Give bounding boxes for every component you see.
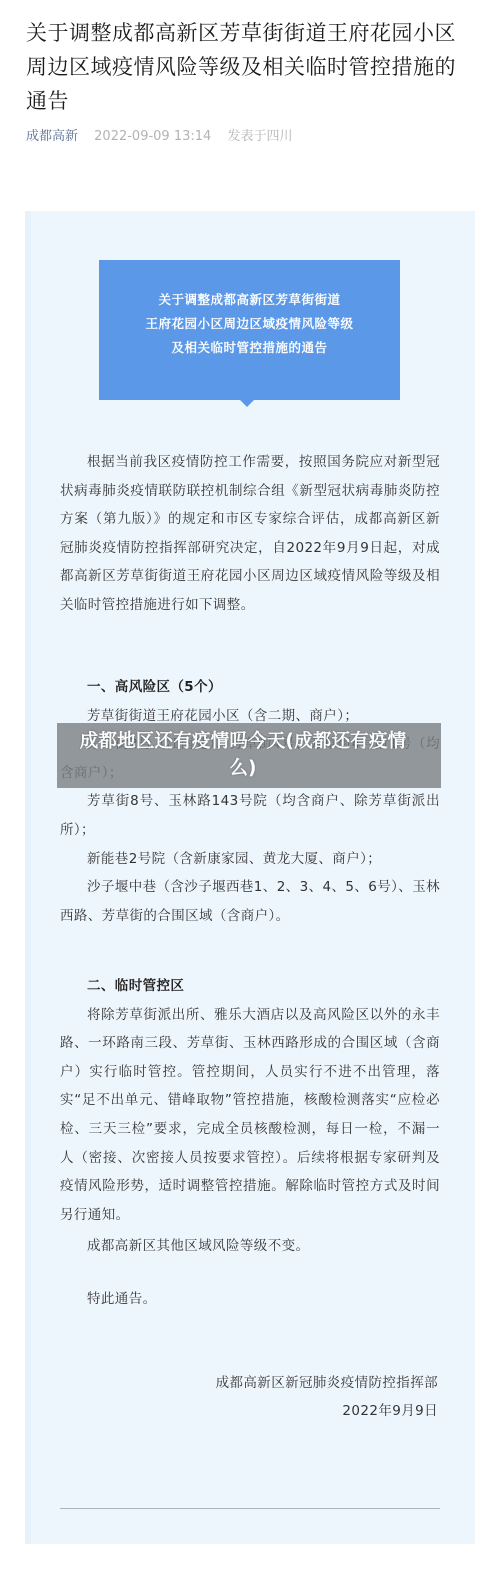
banner-line: 及相关临时管控措施的通告 [99, 336, 400, 360]
section-high-risk: 一、高风险区（5个） 芳草街街道王府花园小区（含二期、商户）； 芳草街2号（江南… [60, 673, 440, 930]
caption-overlay: 成都地区还有疫情吗今天(成都还有疫情么) [57, 723, 441, 788]
source-account-link[interactable]: 成都高新 [26, 129, 78, 144]
intro-paragraph: 根据当前我区疫情防控工作需要，按照国务院应对新型冠状病毒肺炎疫情联防联控机制综合… [60, 448, 440, 620]
list-item: 新能巷2号院（含新康家园、黄龙大厦、商户）； [60, 845, 440, 874]
section-paragraph: 将除芳草街派出所、雅乐大酒店以及高风险区以外的永丰路、一环路南三段、芳草街、玉林… [60, 1001, 440, 1230]
publish-datetime: 2022-09-09 13:14 [94, 129, 211, 144]
footer-divider [60, 1508, 440, 1509]
list-item: 沙子堰中巷（含沙子堰西巷1、2、3、4、5、6号）、玉林西路、芳草街的合围区域（… [60, 873, 440, 930]
banner-line: 关于调整成都高新区芳草街街道 [99, 288, 400, 312]
notice-intro: 根据当前我区疫情防控工作需要，按照国务院应对新型冠状病毒肺炎疫情联防联控机制综合… [60, 448, 440, 620]
publish-location: 发表于四川 [227, 129, 292, 144]
section-temporary-control: 二、临时管控区 将除芳草街派出所、雅乐大酒店以及高风险区以外的永丰路、一环路南三… [60, 972, 440, 1229]
banner-pointer-icon [240, 400, 254, 407]
signature-date: 2022年9月9日 [216, 1397, 438, 1425]
signature-org: 成都高新区新冠肺炎疫情防控指挥部 [216, 1369, 438, 1397]
closing-paragraph: 特此通告。 [60, 1285, 440, 1314]
note-paragraph: 成都高新区其他区域风险等级不变。 [60, 1232, 440, 1261]
section-heading: 一、高风险区（5个） [60, 673, 440, 702]
banner-line: 王府花园小区周边区域疫情风险等级 [99, 312, 400, 336]
closing-text: 特此通告。 [60, 1285, 440, 1314]
article-title: 关于调整成都高新区芳草街街道王府花园小区周边区域疫情风险等级及相关临时管控措施的… [26, 16, 466, 118]
note-text: 成都高新区其他区域风险等级不变。 [60, 1232, 440, 1261]
article-meta: 成都高新 2022-09-09 13:14 发表于四川 [26, 125, 292, 144]
notice-banner: 关于调整成都高新区芳草街街道 王府花园小区周边区域疫情风险等级 及相关临时管控措… [99, 260, 400, 400]
section-heading: 二、临时管控区 [60, 972, 440, 1001]
list-item: 芳草街8号、玉林路143号院（均含商户、除芳草街派出所）； [60, 787, 440, 844]
notice-card: 关于调整成都高新区芳草街街道 王府花园小区周边区域疫情风险等级 及相关临时管控措… [25, 211, 475, 1544]
signature-block: 成都高新区新冠肺炎疫情防控指挥部 2022年9月9日 [216, 1369, 438, 1425]
